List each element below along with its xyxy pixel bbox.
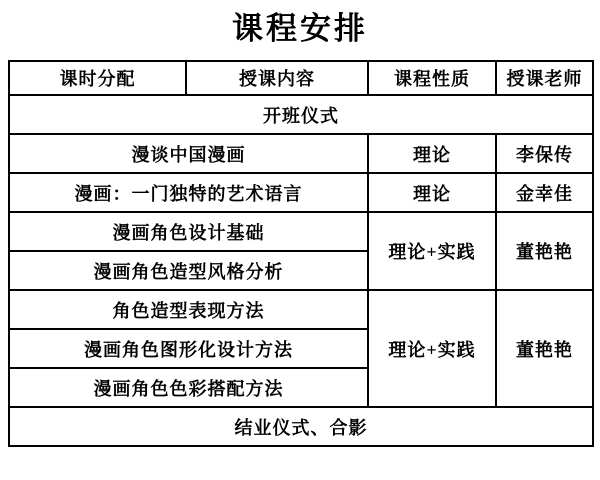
cell-group2-teacher: 董艳艳: [496, 290, 593, 407]
cell-group1-nature: 理论+实践: [368, 212, 496, 290]
cell-opening-ceremony: 开班仪式: [9, 95, 593, 134]
cell-group2-nature: 理论+实践: [368, 290, 496, 407]
cell-group1-teacher: 董艳艳: [496, 212, 593, 290]
cell-group1-content-1: 漫画角色设计基础: [9, 212, 368, 251]
cell-lecture1-nature: 理论: [368, 134, 496, 173]
table-row-closing: 结业仪式、合影: [9, 407, 593, 446]
header-cell-hours: 课时分配: [9, 61, 186, 95]
table-row-group2-a: 角色造型表现方法 理论+实践 董艳艳: [9, 290, 593, 329]
table-row-lecture1: 漫谈中国漫画 理论 李保传: [9, 134, 593, 173]
document-page: 课程安排 课时分配 授课内容 课程性质 授课老师 开班仪式 漫谈中国漫画 理论 …: [0, 0, 600, 480]
table-row-opening: 开班仪式: [9, 95, 593, 134]
cell-lecture2-nature: 理论: [368, 173, 496, 212]
cell-closing-ceremony: 结业仪式、合影: [9, 407, 593, 446]
table-row-lecture2: 漫画：一门独特的艺术语言 理论 金幸佳: [9, 173, 593, 212]
header-cell-teacher: 授课老师: [496, 61, 593, 95]
cell-lecture2-content: 漫画：一门独特的艺术语言: [9, 173, 368, 212]
table-row-group1-a: 漫画角色设计基础 理论+实践 董艳艳: [9, 212, 593, 251]
header-cell-nature: 课程性质: [368, 61, 496, 95]
cell-lecture1-content: 漫谈中国漫画: [9, 134, 368, 173]
cell-group2-content-1: 角色造型表现方法: [9, 290, 368, 329]
cell-group1-content-2: 漫画角色造型风格分析: [9, 251, 368, 290]
cell-lecture2-teacher: 金幸佳: [496, 173, 593, 212]
page-title: 课程安排: [0, 0, 600, 58]
header-cell-content: 授课内容: [186, 61, 368, 95]
cell-group2-content-2: 漫画角色图形化设计方法: [9, 329, 368, 368]
cell-group2-content-3: 漫画角色色彩搭配方法: [9, 368, 368, 407]
cell-lecture1-teacher: 李保传: [496, 134, 593, 173]
table-header-row: 课时分配 授课内容 课程性质 授课老师: [9, 61, 593, 95]
course-schedule-table: 课时分配 授课内容 课程性质 授课老师 开班仪式 漫谈中国漫画 理论 李保传 漫…: [8, 60, 594, 447]
